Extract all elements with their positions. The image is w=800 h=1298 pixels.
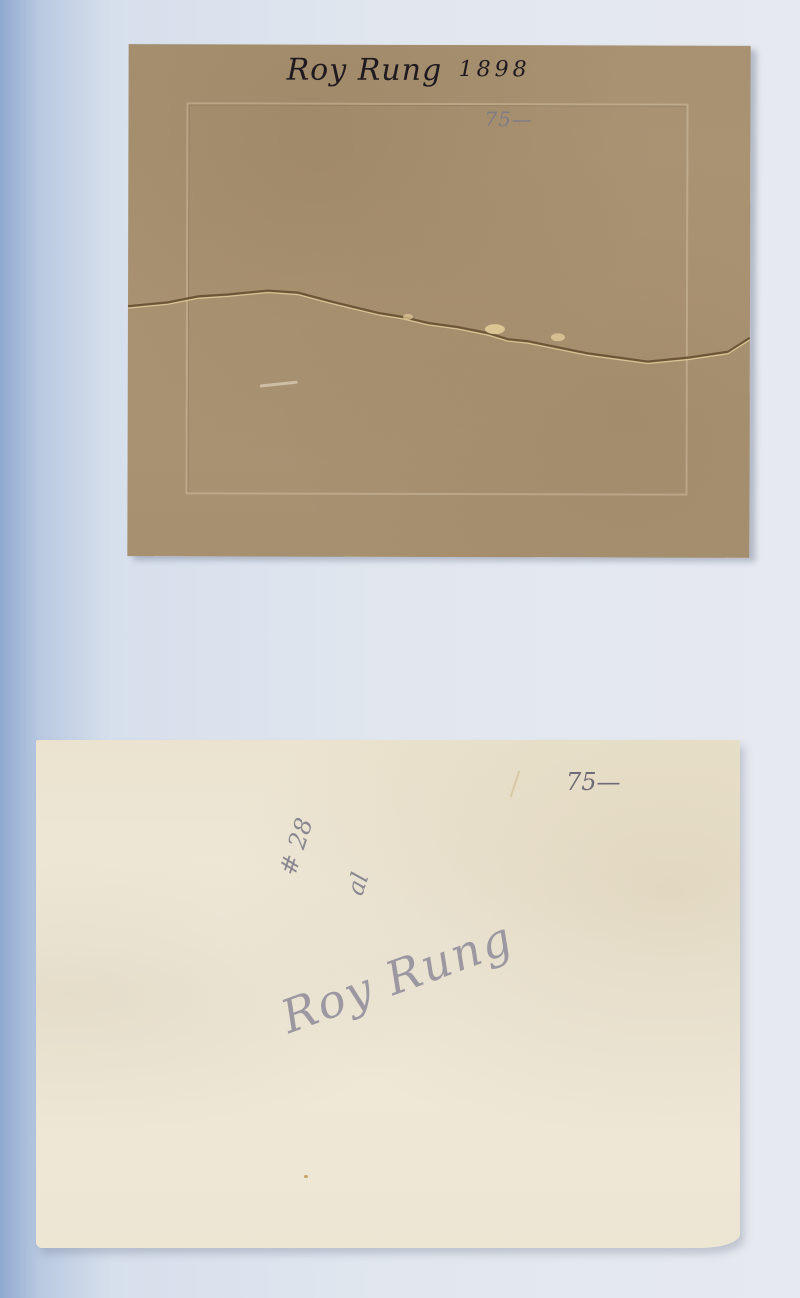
pencil-number: # 28	[274, 815, 319, 879]
foxing-streak	[510, 770, 521, 797]
pencil-note: al	[341, 869, 374, 899]
bottom-card-back: 75— # 28 al Roy Rung	[36, 740, 740, 1248]
pencil-price: 75—	[484, 107, 533, 131]
foxing-spot	[304, 1175, 308, 1178]
pencil-price: 75—	[566, 768, 621, 796]
pencil-name: Roy Rung	[274, 910, 520, 1044]
top-card-back: Roy Rung 1898 75—	[127, 44, 750, 558]
torn-crease	[127, 44, 750, 558]
handwritten-year-ink: 1898	[459, 57, 531, 82]
handwritten-name-ink: Roy Rung	[287, 53, 443, 88]
